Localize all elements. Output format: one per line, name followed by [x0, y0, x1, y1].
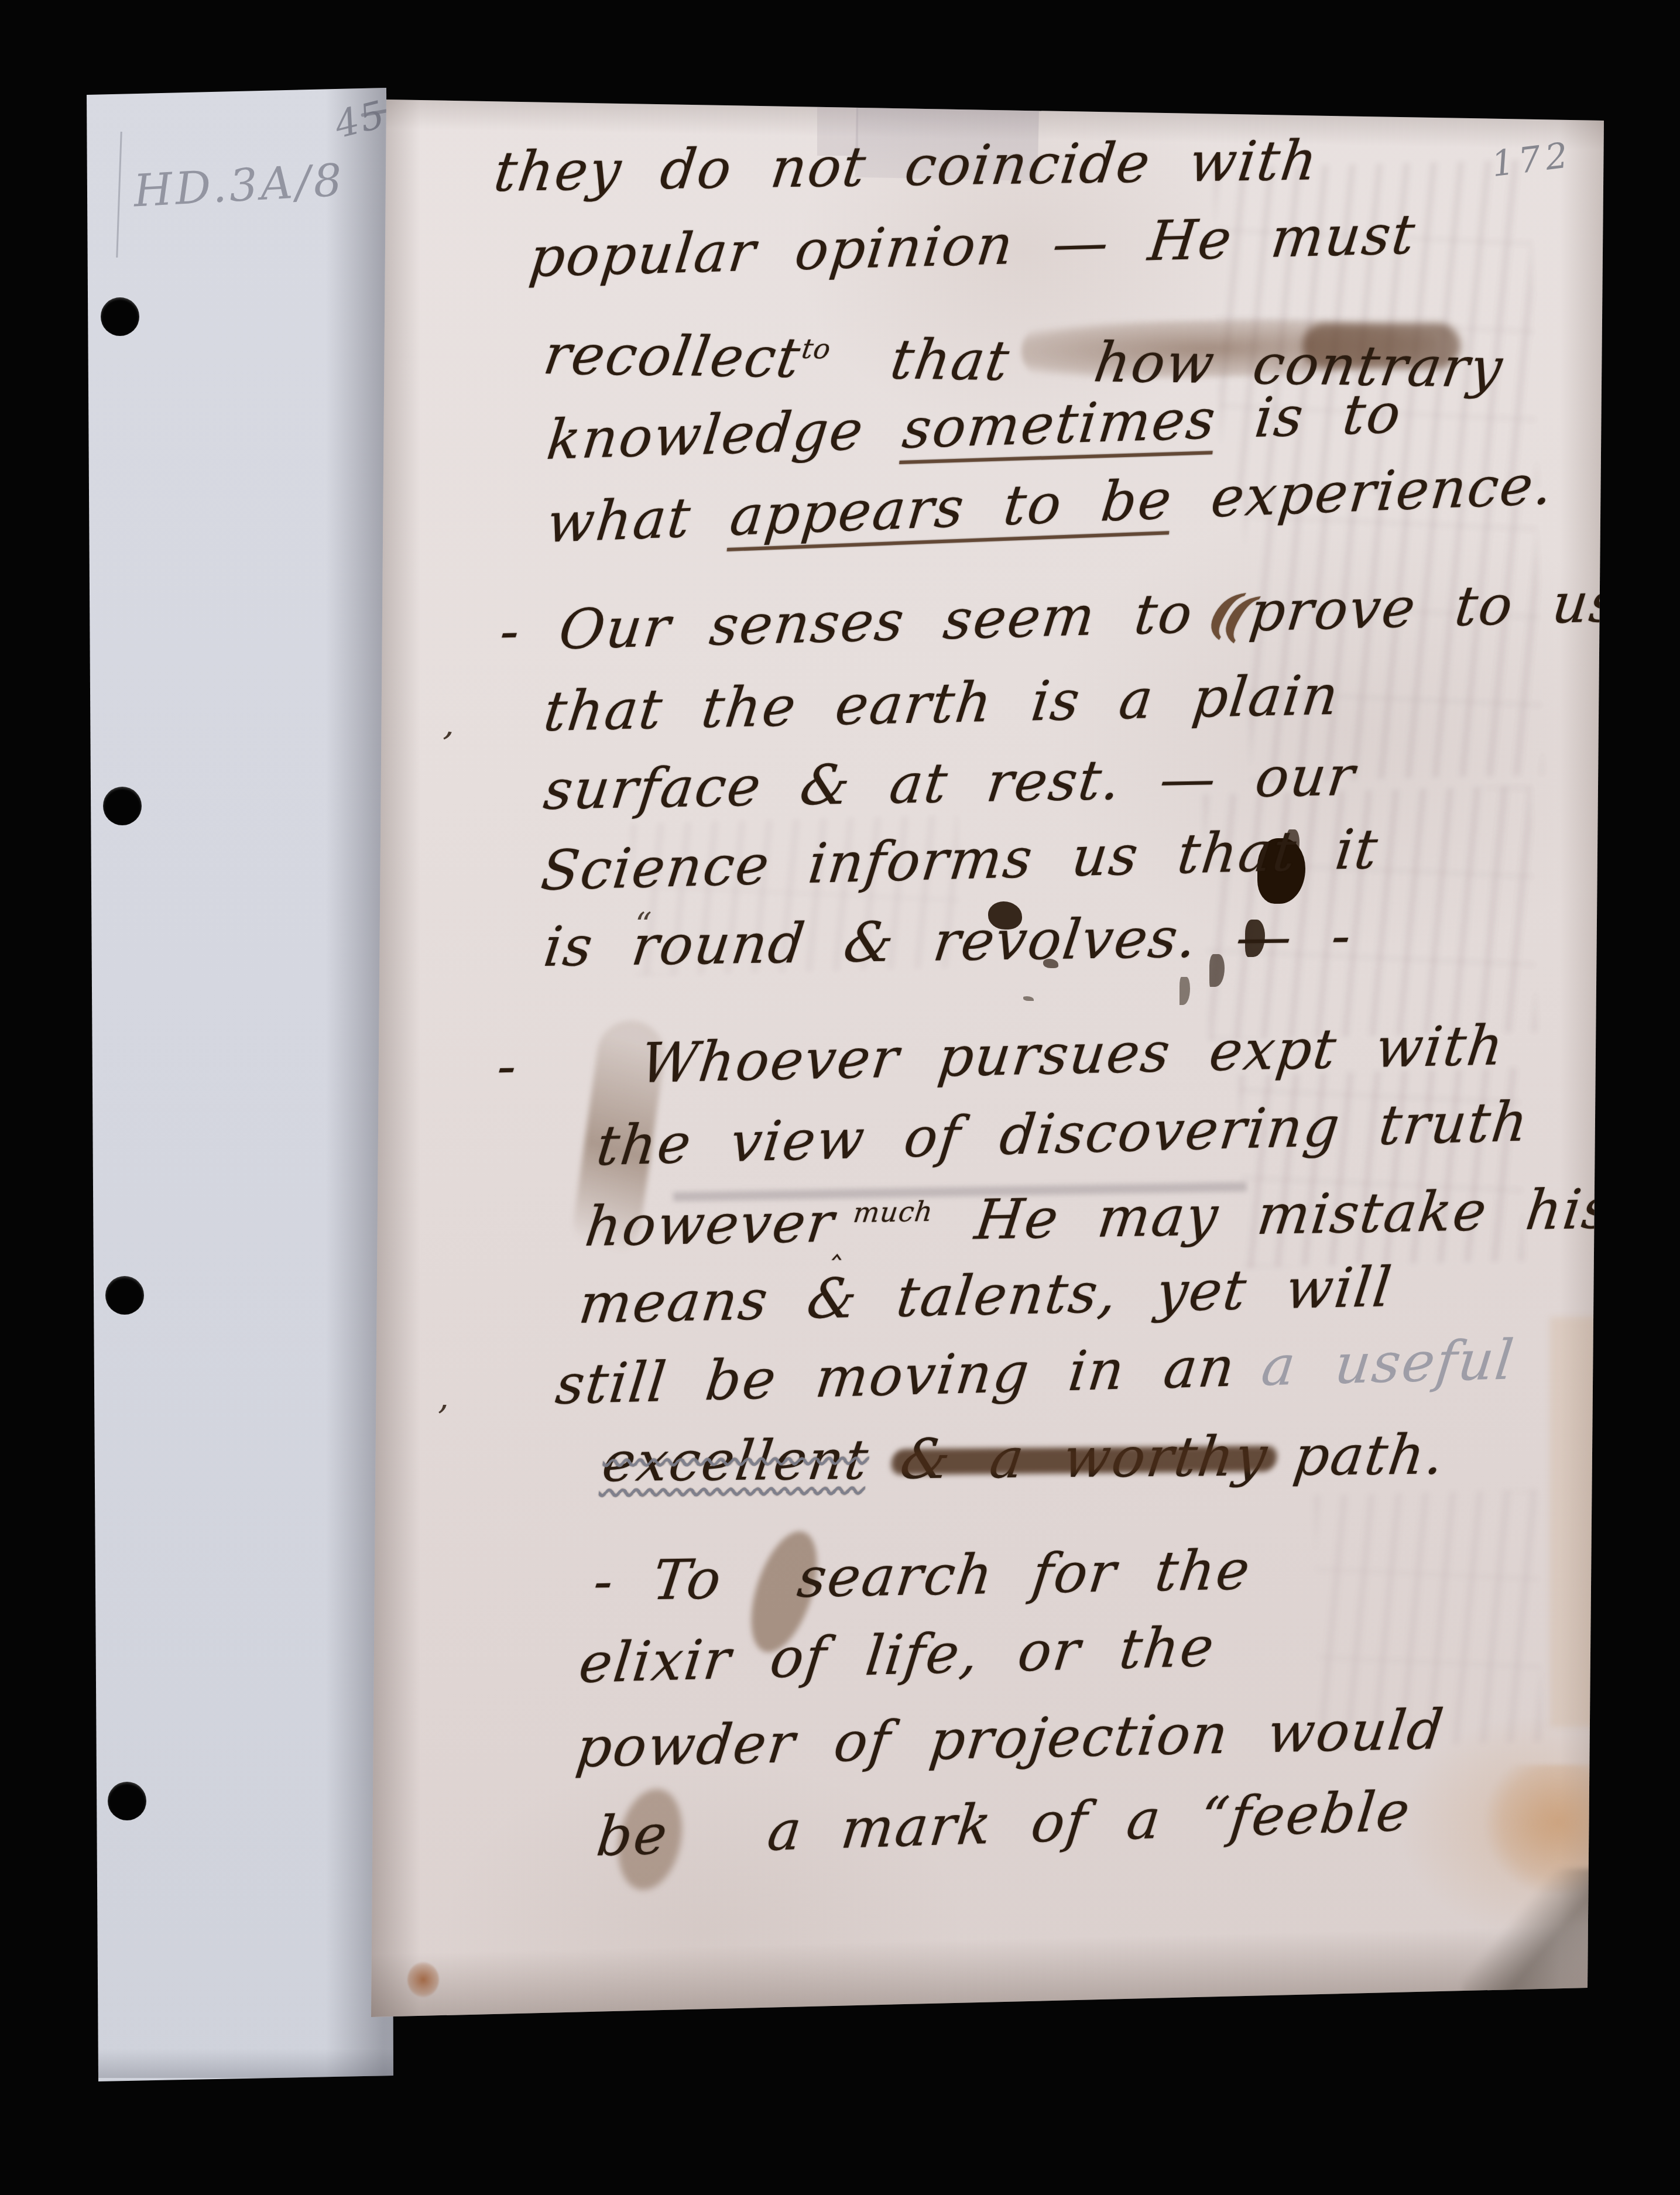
pencil-archive-reference: HD.3A/8: [132, 154, 346, 217]
edge-stain: [1550, 1317, 1606, 1727]
manuscript-line-18: elixir of life, or the: [576, 1616, 1219, 1696]
folder-bottom-shade: [98, 2049, 394, 2078]
underlined-words: appears to be: [727, 468, 1175, 548]
handwriting-text: search for the: [794, 1538, 1254, 1610]
manuscript-line-15: still be moving in ana useful: [553, 1328, 1518, 1417]
superscript-insertion: much: [852, 1195, 935, 1229]
handwriting-text: - Our senses seem to: [497, 582, 1197, 664]
punch-hole-3: [105, 1276, 144, 1315]
punch-hole-1: [101, 297, 139, 336]
handwriting-text: that the earth is a plain: [540, 664, 1343, 744]
superscript-insertion: to: [800, 333, 834, 366]
handwriting-text: what: [544, 486, 694, 555]
handwriting-text: still be moving in an: [553, 1336, 1239, 1417]
manuscript-line-17: - Tosearch for the: [590, 1538, 1254, 1614]
margin-mark: ,: [438, 1377, 449, 1418]
struck-word-pencil: excellent: [599, 1428, 873, 1494]
manuscript-line-20: bea mark of a “feeble: [594, 1780, 1414, 1869]
punch-hole-4: [108, 1782, 146, 1820]
handwriting-text: knowledge: [544, 399, 868, 472]
insertion-stroke-mark: ((: [1200, 578, 1252, 647]
manuscript-line-16: excellent& a worthypath.: [599, 1423, 1449, 1494]
handwriting-text: experience.: [1208, 453, 1556, 530]
page-edge-shade-bottom: [369, 1925, 1589, 2017]
corner-smudge: [1462, 1868, 1628, 2014]
struck-words-ink: & a worthy: [897, 1425, 1272, 1491]
handwriting-text: a mark of a “feeble: [764, 1780, 1414, 1864]
punch-hole-2: [103, 787, 142, 825]
manuscript-line-19: powder of projection would: [572, 1698, 1448, 1780]
manuscript-line-10: is round & revolves. — -: [540, 904, 1356, 979]
pencil-insertion: a useful: [1259, 1328, 1518, 1398]
handwriting-text: elixir of life, or the: [576, 1616, 1219, 1696]
handwriting-text: is to: [1252, 382, 1405, 450]
handwriting-text: path.: [1290, 1423, 1449, 1488]
handwriting-text: recollect: [540, 323, 805, 390]
manuscript-line-14: means & talents, yet will: [575, 1256, 1396, 1336]
handwriting-text: He may mistake his: [972, 1177, 1616, 1252]
handwriting-text: be: [594, 1803, 671, 1869]
handwriting-text: however: [582, 1191, 839, 1259]
handwriting-text: - To: [590, 1548, 726, 1614]
manuscript-line-7: that the earth is a plain: [540, 664, 1343, 744]
handwriting-text: is round & revolves. — -: [540, 904, 1356, 979]
underlined-word: sometimes: [900, 387, 1220, 461]
handwriting-text: powder of projection would: [572, 1698, 1448, 1780]
handwriting-text: they do not coincide with: [491, 129, 1322, 204]
handwriting-text: prove to us: [1246, 571, 1623, 644]
manuscript-line-1: they do not coincide with: [491, 129, 1322, 204]
folder-crease: [116, 132, 122, 258]
handwriting-text: -: [493, 1034, 521, 1099]
photograph-canvas: HD.3A/8 45 172 ’: [0, 0, 1680, 2195]
handwriting-text: that: [886, 328, 1014, 393]
handwriting-text: means & talents, yet will: [575, 1256, 1396, 1336]
rust-spot: [407, 1962, 439, 1997]
margin-mark: ’: [437, 724, 455, 766]
